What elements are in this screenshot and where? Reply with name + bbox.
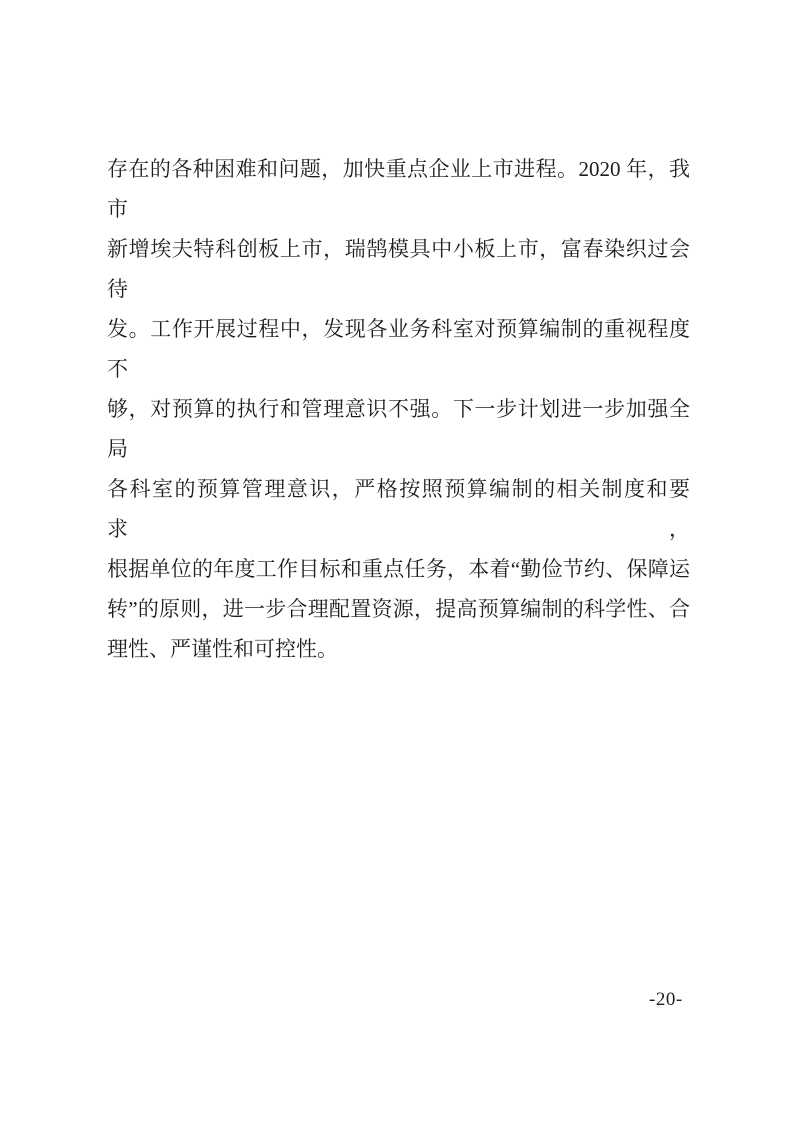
text-line: 各科室的预算管理意识，严格按照预算编制的相关制度和要求，	[107, 469, 690, 549]
text-line: 新增埃夫特科创板上市，瑞鹄模具中小板上市，富春染织过会待	[107, 229, 690, 309]
document-page: 存在的各种困难和问题，加快重点企业上市进程。2020 年，我市新增埃夫特科创板上…	[0, 0, 793, 1122]
text-line: 转”的原则，进一步合理配置资源，提高预算编制的科学性、合	[107, 589, 690, 629]
text-line: 发。工作开展过程中，发现各业务科室对预算编制的重视程度不	[107, 309, 690, 389]
text-line: 够，对预算的执行和管理意识不强。下一步计划进一步加强全局	[107, 389, 690, 469]
text-line: 理性、严谨性和可控性。	[107, 629, 690, 669]
body-paragraph: 存在的各种困难和问题，加快重点企业上市进程。2020 年，我市新增埃夫特科创板上…	[107, 149, 690, 669]
text-line: 存在的各种困难和问题，加快重点企业上市进程。2020 年，我市	[107, 149, 690, 229]
page-number: -20-	[649, 989, 683, 1011]
text-line: 根据单位的年度工作目标和重点任务，本着“勤俭节约、保障运	[107, 549, 690, 589]
